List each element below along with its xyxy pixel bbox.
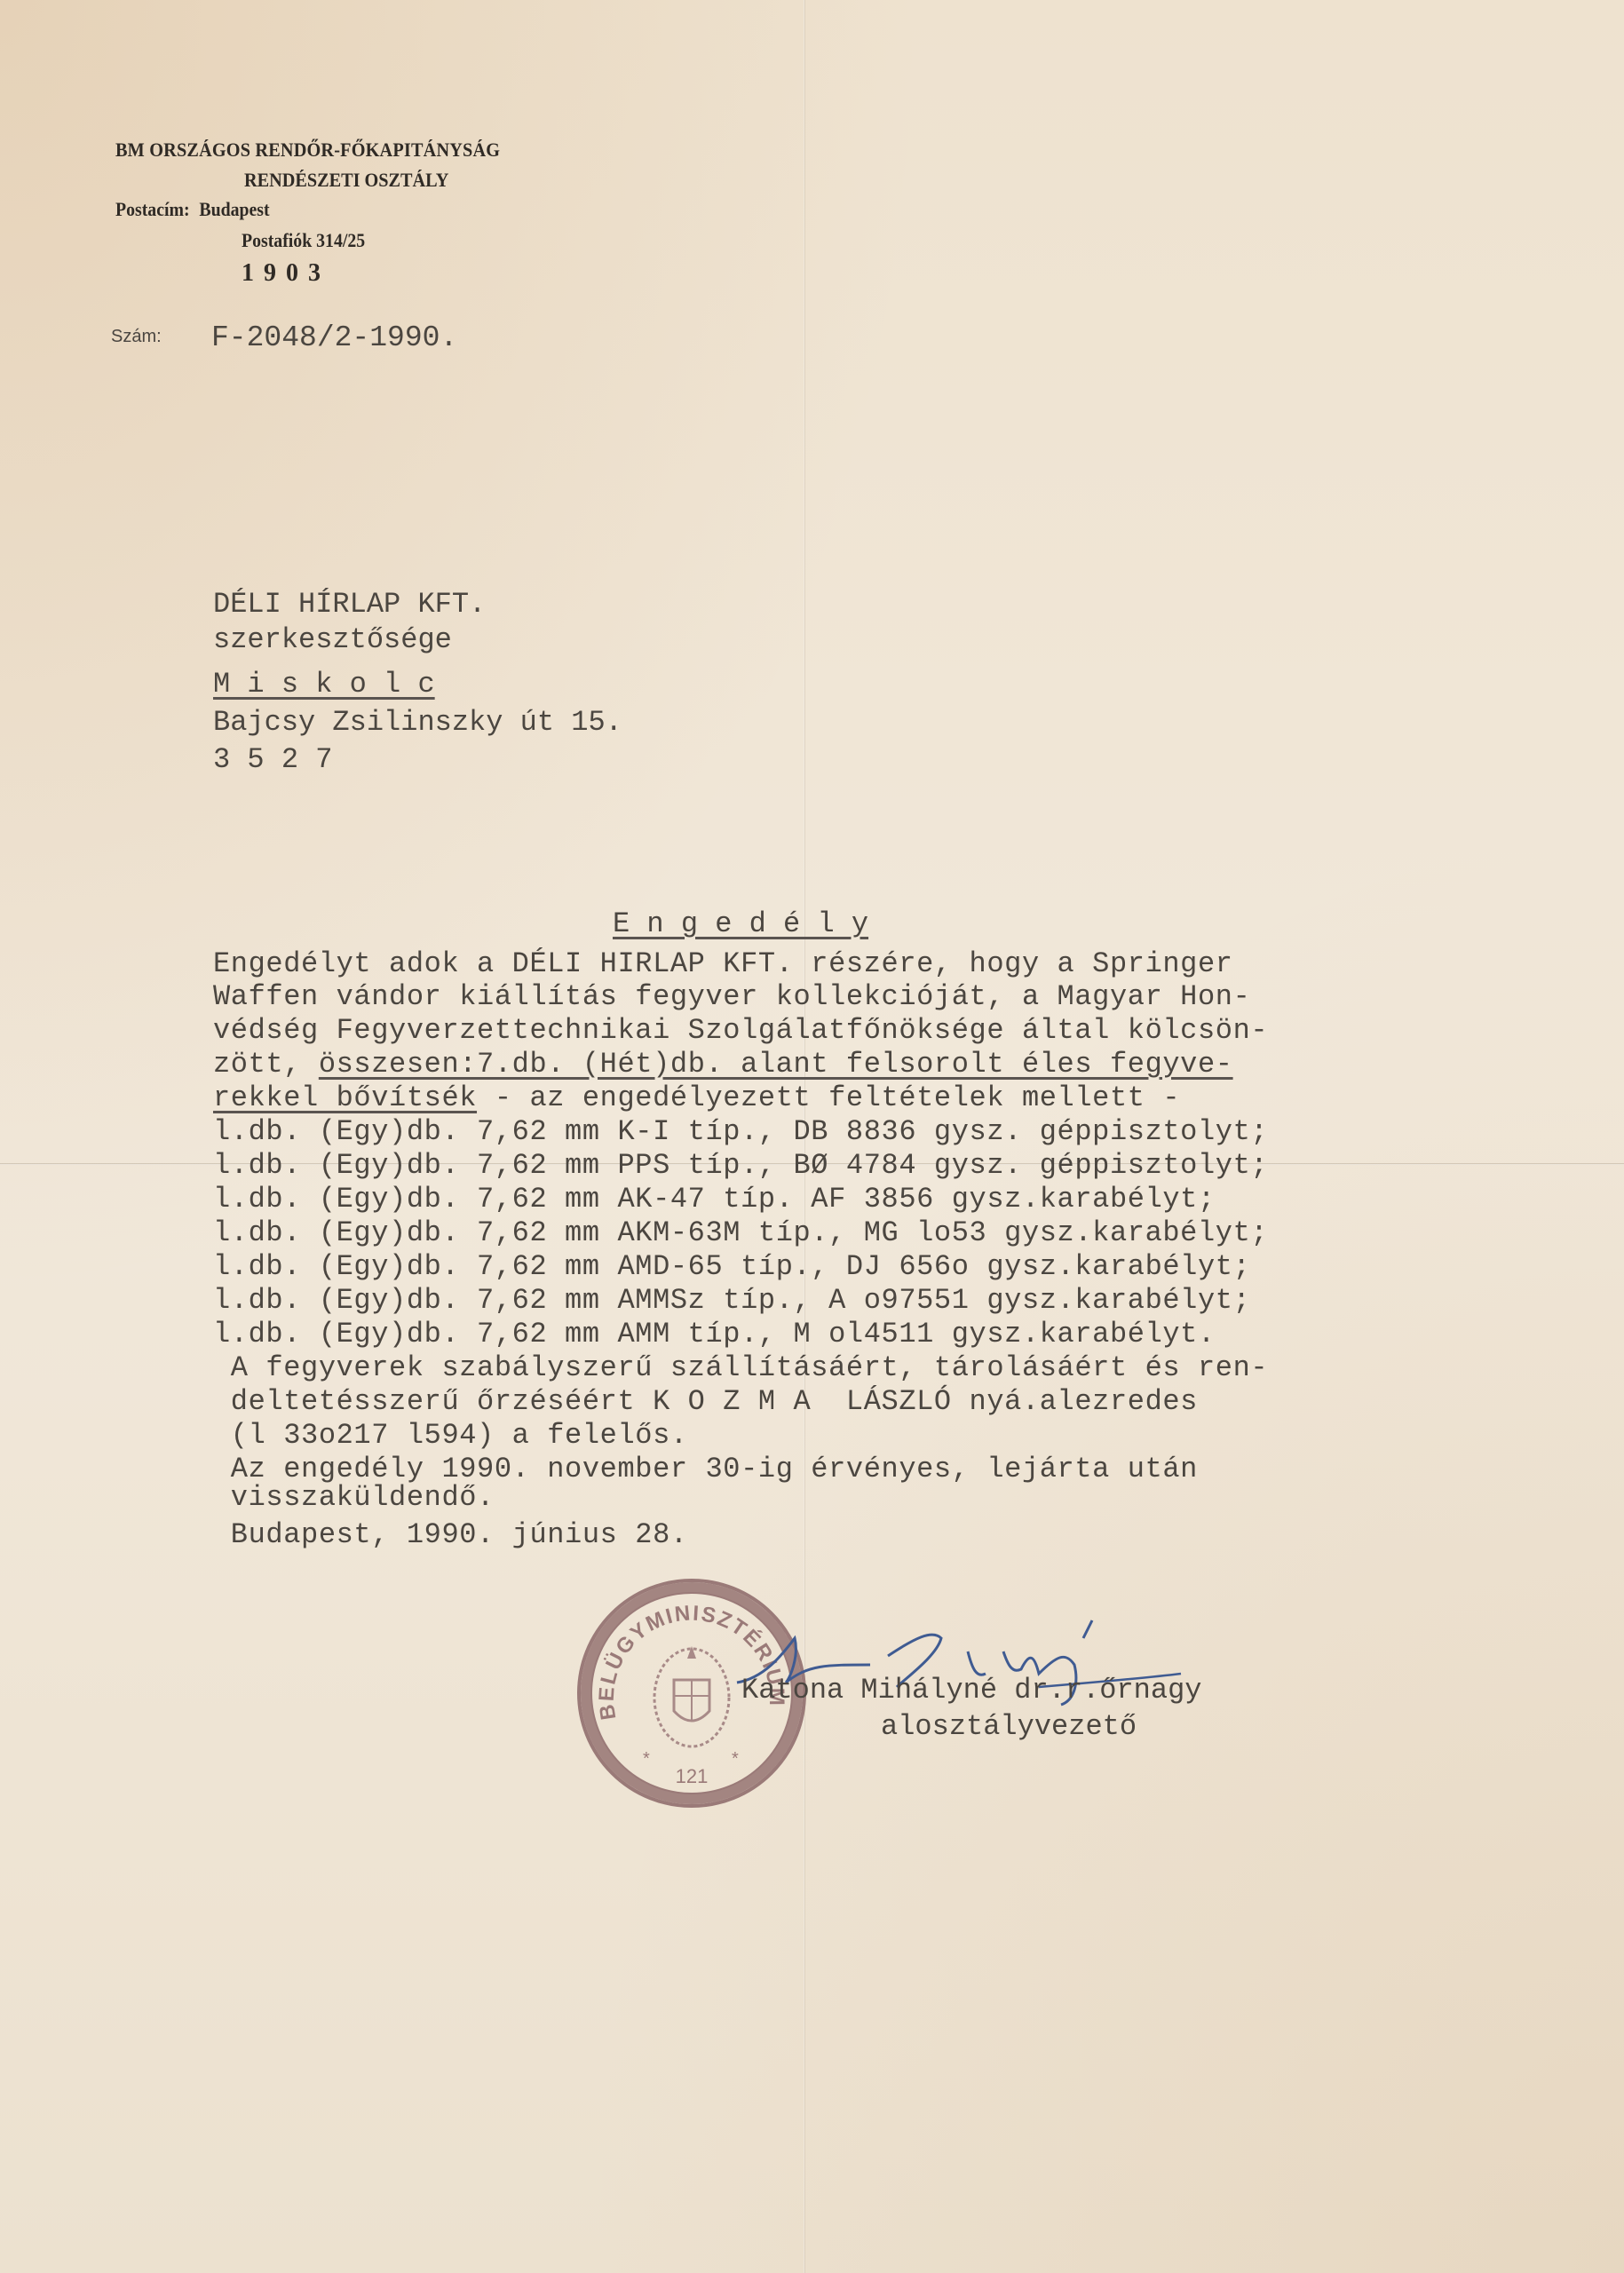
underlined-text: rekkel bővítsék: [213, 1081, 477, 1114]
weapon-item: l.db. (Egy)db. 7,62 mm AMM típ., M ol451…: [213, 1318, 1216, 1350]
letterhead-postcode: 1903: [242, 259, 330, 288]
svg-text:*: *: [643, 1749, 650, 1769]
body-line: Engedélyt adok a DÉLI HIRLAP KFT. részér…: [213, 947, 1233, 980]
svg-text:*: *: [732, 1749, 739, 1769]
weapon-item: l.db. (Egy)db. 7,62 mm AKM-63M típ., MG …: [213, 1216, 1268, 1249]
letterhead-postal: Postacím:Budapest: [115, 198, 270, 221]
body-line: (l 33o217 l594) a felelős.: [213, 1419, 688, 1452]
body-line: A fegyverek szabályszerű szállításáért, …: [213, 1351, 1268, 1384]
reference-number: F-2048/2-1990.: [211, 321, 457, 354]
letterhead-department: RENDÉSZETI OSZTÁLY: [244, 169, 448, 192]
weapon-item: l.db. (Egy)db. 7,62 mm AMD-65 típ., DJ 6…: [213, 1250, 1250, 1283]
body-line: Waffen vándor kiállítás fegyver kollekci…: [213, 980, 1250, 1013]
body-line: védség Fegyverzettechnikai Szolgálatfőnö…: [213, 1014, 1268, 1047]
postal-city: Budapest: [199, 198, 269, 220]
body-text: zött,: [213, 1048, 319, 1081]
postal-label: Postacím:: [115, 198, 190, 220]
weapon-item: l.db. (Egy)db. 7,62 mm AMMSz típ., A o97…: [213, 1284, 1250, 1317]
letterhead-po-box: Postafiók 314/25: [242, 229, 365, 252]
weapon-item: l.db. (Egy)db. 7,62 mm K-I típ., DB 8836…: [213, 1115, 1268, 1148]
addressee-postcode: 3 5 2 7: [213, 743, 332, 776]
letterhead-agency: BM ORSZÁGOS RENDŐR-FŐKAPITÁNYSÁG: [115, 139, 500, 162]
addressee-city: M i s k o l c: [213, 668, 435, 701]
addressee-street: Bajcsy Zsilinszky út 15.: [213, 706, 622, 739]
addressee-name: DÉLI HÍRLAP KFT.: [213, 588, 486, 621]
body-line: visszaküldendő.: [213, 1481, 495, 1514]
underlined-quantity: összesen:7.db. (Hét)db. alant felsorolt …: [319, 1048, 1233, 1081]
reference-label: Szám:: [111, 327, 162, 347]
weapon-item: l.db. (Egy)db. 7,62 mm PPS típ., BØ 4784…: [213, 1149, 1268, 1182]
body-text: - az engedélyezett feltételek mellett -: [477, 1081, 1180, 1114]
signatory-title: alosztályvezető: [881, 1710, 1137, 1743]
svg-text:121: 121: [676, 1765, 709, 1787]
addressee-department: szerkesztősége: [213, 623, 452, 656]
weapon-item: l.db. (Egy)db. 7,62 mm AK-47 típ. AF 385…: [213, 1183, 1216, 1216]
date-line: Budapest, 1990. június 28.: [213, 1518, 688, 1551]
body-line: zött, összesen:7.db. (Hét)db. alant fels…: [213, 1048, 1233, 1081]
body-line: deltetésszerű őrzéséért K O Z M A LÁSZLÓ…: [213, 1385, 1198, 1418]
body-line: rekkel bővítsék - az engedélyezett felté…: [213, 1081, 1180, 1114]
signatory-name: Katona Mihályné dr.r.őrnagy: [741, 1674, 1201, 1707]
document-title: E n g e d é l y: [613, 907, 868, 940]
